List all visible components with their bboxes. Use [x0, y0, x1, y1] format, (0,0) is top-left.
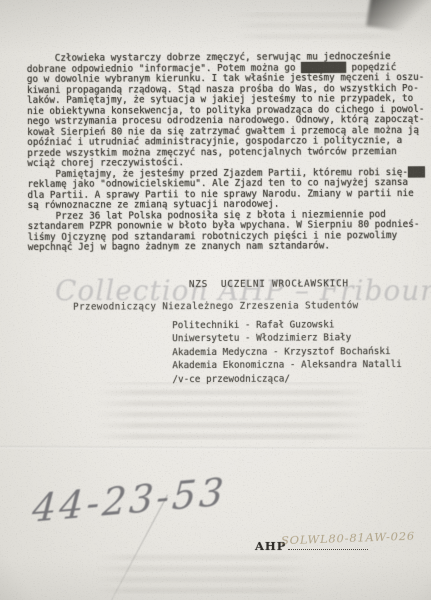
scanned-document-page: Collection AHP – Fribourg Człowieka wyst…: [0, 0, 431, 600]
text-line: Politechniki - Rafał Guzowski: [172, 318, 402, 333]
text-line: Akademia Medyczna - Krzysztof Bochański: [172, 345, 402, 360]
organization-heading: NZS UCZELNI WROCŁAWSKICH: [189, 278, 349, 290]
signature-list: Politechniki - Rafał GuzowskiUniwersytet…: [172, 318, 402, 386]
signatories-title: Przewodniczący Niezależnego Zrzeszenia S…: [73, 300, 359, 312]
text-line: wepchnąć Jej w bagno żadnym ze znanych n…: [28, 241, 426, 254]
document-body-text: Człowieka wystarczy dobrze zmęczyć, serw…: [27, 52, 426, 254]
text-line: Akademia Ekonomiczna - Aleksandra Natall…: [172, 358, 402, 373]
text-line: /v-ce przewodnicząca/: [172, 372, 402, 387]
text-line: Uniwersytetu - Włodzimierz Biały: [172, 331, 402, 346]
stamp-dotted-line: [288, 548, 368, 550]
